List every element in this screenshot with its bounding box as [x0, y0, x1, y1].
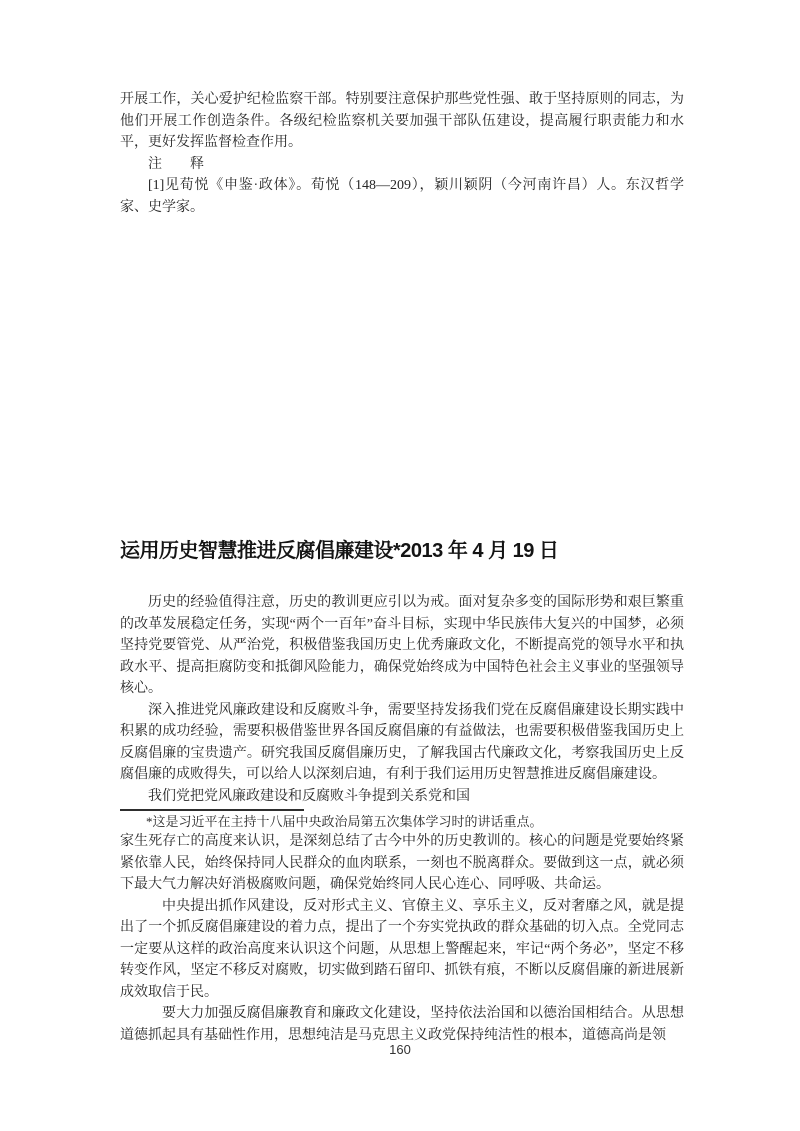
prev-article-closing-paragraph: 开展工作，关心爱护纪检监察干部。特别要注意保护那些党性强、敢于坚持原则的同志，为…	[120, 89, 684, 154]
footnote-separator	[120, 809, 304, 811]
article-paragraph-party-nation-start: 我们党把党风廉政建设和反腐败斗争提到关系党和国	[120, 786, 684, 808]
document-page: 开展工作，关心爱护纪检监察干部。特别要注意保护那些党性强、敢于坚持原则的同志，为…	[0, 0, 800, 1131]
article-paragraph-education: 要大力加强反腐倡廉教育和廉政文化建设，坚持依法治国和以德治国相结合。从思想道德抓…	[120, 1003, 684, 1046]
article-body: 历史的经验值得注意，历史的教训更应引以为戒。面对复杂多变的国际形势和艰巨繁重的改…	[120, 592, 684, 1046]
article-paragraph-work-style: 中央提出抓作风建设，反对形式主义、官僚主义、享乐主义，反对奢靡之风，就是提出了一…	[120, 896, 684, 1004]
notes-heading: 注 释	[120, 154, 684, 176]
article-title: 运用历史智慧推进反腐倡廉建设*2013 年 4 月 19 日	[120, 534, 720, 568]
page-number: 160	[0, 1042, 800, 1057]
article-paragraph-party-nation-continued: 家生死存亡的高度来认识，是深刻总结了古今中外的历史教训的。核心的问题是党要始终紧…	[120, 831, 684, 896]
article-paragraph-history-lessons: 历史的经验值得注意，历史的教训更应引以为戒。面对复杂多变的国际形势和艰巨繁重的改…	[120, 592, 684, 700]
previous-article-end-section: 开展工作，关心爱护纪检监察干部。特别要注意保护那些党性强、敢于坚持原则的同志，为…	[120, 89, 684, 218]
article-paragraph-deepen-struggle: 深入推进党风廉政建设和反腐败斗争，需要坚持发扬我们党在反腐倡廉建设长期实践中积累…	[120, 700, 684, 786]
footnote-text: *这是习近平在主持十八届中央政治局第五次集体学习时的讲话重点。	[120, 812, 684, 831]
note-item-1: [1]见荀悦《申鉴·政体》。荀悦（148—209），颖川颖阴（今河南许昌）人。东…	[120, 175, 684, 218]
